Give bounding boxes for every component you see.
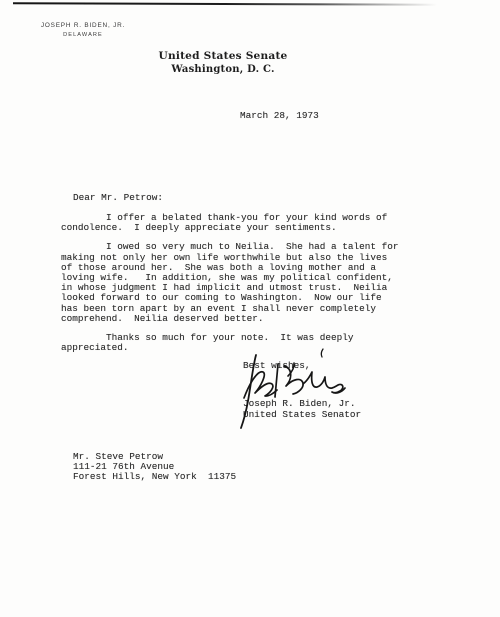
- sender-state: DELAWARE: [32, 32, 134, 38]
- valediction: Best wishes,: [243, 361, 311, 371]
- letterhead-institution-block: United States Senate Washington, D. C.: [123, 50, 323, 75]
- scan-edge-line: [13, 2, 437, 6]
- letter-page: JOSEPH R. BIDEN, JR. DELAWARE United Sta…: [0, 0, 500, 617]
- letterhead-city: Washington, D. C.: [123, 64, 323, 75]
- paragraph: Thanks so much for your note. It was dee…: [61, 333, 406, 353]
- typed-line: appreciated.: [61, 343, 406, 353]
- typed-signature-name: Joseph R. Biden, Jr.: [243, 399, 356, 409]
- letterhead-institution: United States Senate: [123, 50, 323, 62]
- typed-line: comprehend. Neilia deserved better.: [61, 314, 406, 324]
- letterhead-sender-block: JOSEPH R. BIDEN, JR. DELAWARE: [32, 22, 134, 38]
- typed-signature-title: United States Senator: [243, 410, 361, 420]
- recipient-address: Mr. Steve Petrow111-21 76th AvenueForest…: [73, 452, 236, 483]
- paragraph: I owed so very much to Neilia. She had a…: [61, 242, 406, 324]
- sender-name: JOSEPH R. BIDEN, JR.: [32, 22, 134, 29]
- paragraph: I offer a belated thank-you for your kin…: [61, 213, 406, 233]
- address-line: Forest Hills, New York 11375: [73, 472, 236, 482]
- letter-date: March 28, 1973: [240, 111, 319, 121]
- salutation: Dear Mr. Petrow:: [73, 193, 163, 203]
- letter-body: I offer a belated thank-you for your kin…: [61, 213, 406, 362]
- typed-line: condolence. I deeply appreciate your sen…: [61, 223, 406, 233]
